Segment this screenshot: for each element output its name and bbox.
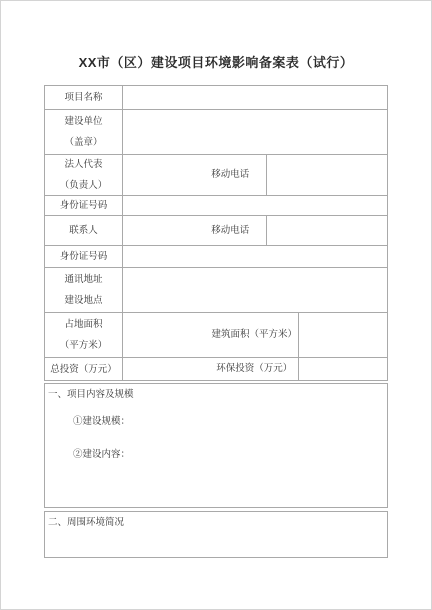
section-2-heading: 二、周围环境简况 xyxy=(48,516,384,529)
row-total-investment: 总投资（万元） 环保投资（万元） xyxy=(45,357,387,380)
env-investment-label: 环保投资（万元） xyxy=(211,363,299,375)
contact-mobile-value xyxy=(266,216,387,245)
row-contact-person: 联系人 移动电话 xyxy=(45,215,387,245)
section-1-heading: 一、项目内容及规模 xyxy=(48,388,384,401)
row-land-area: 占地面积 （平方米） 建筑面积（平方米） xyxy=(45,312,387,357)
row-legal-representative: 法人代表 （负责人） 移动电话 xyxy=(45,154,387,195)
contact-person-value: 移动电话 xyxy=(123,216,266,245)
env-investment-value xyxy=(298,358,387,380)
legal-rep-mobile-label: 移动电话 xyxy=(195,169,267,181)
document-page: XX市（区）建设项目环境影响备案表（试行） 项目名称 建设单位 （盖章） 法人代… xyxy=(0,0,432,610)
id-number-legal-rep-value xyxy=(123,196,387,215)
id-number-contact-value xyxy=(123,246,387,267)
address-label: 通讯地址 建设地点 xyxy=(45,268,123,312)
form-table: 项目名称 建设单位 （盖章） 法人代表 （负责人） 移动电话 身份证号码 xyxy=(44,85,388,381)
id-number-contact-label: 身份证号码 xyxy=(45,246,123,267)
id-number-legal-rep-label: 身份证号码 xyxy=(45,196,123,215)
row-construction-unit: 建设单位 （盖章） xyxy=(45,109,387,154)
building-area-label: 建筑面积（平方米） xyxy=(211,329,299,341)
row-id-number-contact: 身份证号码 xyxy=(45,245,387,267)
construction-unit-value xyxy=(123,110,387,154)
legal-rep-mobile-value xyxy=(266,155,387,195)
total-investment-value: 环保投资（万元） xyxy=(123,358,298,380)
construction-scale-item: ①建设规模： xyxy=(73,415,384,428)
construction-unit-label: 建设单位 （盖章） xyxy=(45,110,123,154)
row-id-number-legal-rep: 身份证号码 xyxy=(45,195,387,215)
land-area-value: 建筑面积（平方米） xyxy=(123,313,298,357)
legal-representative-value: 移动电话 xyxy=(123,155,266,195)
section-surrounding-environment: 二、周围环境简况 xyxy=(44,511,388,558)
total-investment-label: 总投资（万元） xyxy=(45,358,123,380)
contact-mobile-label: 移动电话 xyxy=(195,225,267,237)
address-value xyxy=(123,268,387,312)
contact-person-label: 联系人 xyxy=(45,216,123,245)
construction-content-item: ②建设内容： xyxy=(73,448,384,461)
row-project-name: 项目名称 xyxy=(45,86,387,109)
row-address: 通讯地址 建设地点 xyxy=(45,267,387,312)
land-area-label: 占地面积 （平方米） xyxy=(45,313,123,357)
section-project-content-scale: 一、项目内容及规模 ①建设规模： ②建设内容： xyxy=(44,383,388,508)
project-name-label: 项目名称 xyxy=(45,86,123,109)
legal-representative-label: 法人代表 （负责人） xyxy=(45,155,123,195)
project-name-value xyxy=(123,86,387,109)
building-area-value xyxy=(298,313,387,357)
document-title: XX市（区）建设项目环境影响备案表（试行） xyxy=(44,52,388,71)
